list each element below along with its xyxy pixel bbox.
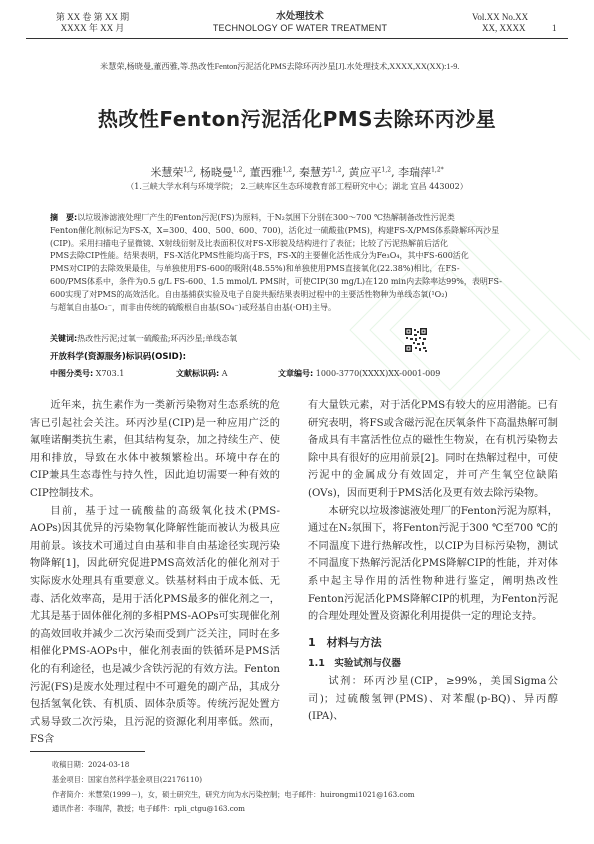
author: 李瑞萍1,2* [398,166,444,179]
citation-line: 米慧荣,杨晓曼,董西雅,等.热改性Fenton污泥活化PMS去除环丙沙星[J].… [100,61,570,72]
abstract-line: 摘 要:以垃圾渗滤液处理厂产生的Fenton污泥(FS)为原料，于N₂氛围下分别… [50,212,548,225]
abstract-line: PMS去除CIP性能。结果表明，FS-X活化PMS性能均高于FS，FS-X的主要… [50,250,548,263]
body-paragraph: 试剂：环丙沙星(CIP，≥99%，美国Sigma公司)；过硫酸氢钾(PMS)、对… [308,673,558,726]
body-column-right: 有大量铁元素，对于活化PMS有较大的应用潜能。已有研究表明，将FS或含磁污泥在厌… [308,397,558,726]
footnote-rule [30,751,145,752]
author: 米慧荣1,2 [150,166,193,179]
vol-no: Vol.XX No.XX [470,12,560,23]
author: 杨晓曼1,2 [200,166,243,179]
fund-info: 基金项目：国家自然科学基金项目(22176110) [52,773,415,788]
journal-name-en: TECHNOLOGY OF WATER TREATMENT [200,22,400,34]
qr-code-icon[interactable] [404,327,428,353]
article-id: 文章编号: 1000-3770(XXXX)XX-0001-009 [278,368,440,379]
section-heading: 1 材料与方法 [308,634,558,652]
affiliations: （1.三峡大学水利与环境学院； 2.三峡库区生态环境教育部工程研究中心；湖北 宜… [0,181,594,192]
abstract-line: 与超氧自由基O₂⁻，而非由传统的硫酸根自由基(SO₄⁻)或羟基自由基(·OH)主… [50,302,548,315]
clc-number: 中图分类号: X703.1 [50,368,124,379]
paper-title: 热改性Fenton污泥活化PMS去除环丙沙星 [0,103,594,132]
keywords-label: 关键词: [50,334,77,343]
abstract: 摘 要:以垃圾渗滤液处理厂产生的Fenton污泥(FS)为原料，于N₂氛围下分别… [50,212,548,314]
body-paragraph: 有大量铁元素，对于活化PMS有较大的应用潜能。已有研究表明，将FS或含磁污泥在厌… [308,397,558,503]
abstract-line: 600/PMS体系中，条件为0.5 g/L FS-600、1.5 mmol/L … [50,276,548,289]
keywords: 关键词:热改性污泥;过氧一硫酸盐;环丙沙星;单线态氧 [50,333,237,344]
author: 黄应平1,2 [349,166,392,179]
abstract-line: 600实现了对PMS的高效活化。自由基捕获实验及电子自旋共振结果表明过程中的主要… [50,289,548,302]
corresponding-author: 通讯作者：李瑞萍，教授；电子邮件：rpli_ctgu@163.com [52,802,415,817]
issue-date: XXXX 年 XX 月 [55,23,130,34]
footnotes: 收稿日期：2024-03-18 基金项目：国家自然科学基金项目(22176110… [52,758,415,817]
running-header: 第 XX 卷 第 XX 期 XXXX 年 XX 月 水处理技术 TECHNOLO… [0,10,594,40]
author-list: 米慧荣1,2, 杨晓曼1,2, 董西雅1,2, 秦慧芳1,2, 黄应平1,2, … [0,164,594,180]
abstract-line: PMS对CIP的去除效果最佳，与单独使用FS-600的吸附(48.55%)和单独… [50,263,548,276]
body-paragraph: 本研究以垃圾渗滤液处理厂的Fenton污泥为原料，通过在N₂氛围下，将Fento… [308,503,558,626]
body-paragraph: 近年来，抗生素作为一类新污染物对生态系统的危害已引起社会关注。环丙沙星(CIP)… [30,397,280,503]
abstract-line: Fenton催化剂(标记为FS-X，X=300、400、500、600、700)… [50,225,548,238]
author-bio: 作者简介：米慧荣(1999－)，女，硕士研究生，研究方向为水污染控制；电子邮件：… [52,788,415,803]
abstract-label: 摘 要: [50,213,77,222]
volume-info-en: Vol.XX No.XX XX, XXXX 1 [470,12,560,34]
document-code: 文献标识码: A [176,368,228,379]
volume-issue: 第 XX 卷 第 XX 期 [55,12,130,23]
journal-name-cn: 水处理技术 [200,11,400,22]
date-en: XX, XXXX [470,23,560,34]
body-column-left: 近年来，抗生素作为一类新污染物对生态系统的危害已引起社会关注。环丙沙星(CIP)… [30,397,280,749]
body-paragraph: 目前，基于过一硫酸盐的高级氧化技术(PMS-AOPs)因其优异的污染物氧化降解性… [30,503,280,749]
header-rule [26,38,568,39]
received-date: 收稿日期：2024-03-18 [52,758,415,773]
author: 董西雅1,2 [249,166,292,179]
keywords-value: 热改性污泥;过氧一硫酸盐;环丙沙星;单线态氧 [77,334,237,343]
osid-label: 开放科学(资源服务)标识码(OSID): [50,350,186,362]
page-number: 1 [552,23,557,34]
abstract-line: (CIP)。采用扫描电子显微镜、X射线衍射及比表面积仪对FS-X形貌及结构进行了… [50,238,548,251]
issue-info: 第 XX 卷 第 XX 期 XXXX 年 XX 月 [55,12,130,34]
journal-name: 水处理技术 TECHNOLOGY OF WATER TREATMENT [200,11,400,34]
author: 秦慧芳1,2 [299,166,342,179]
subsection-heading: 1.1 实验试剂与仪器 [308,655,558,673]
